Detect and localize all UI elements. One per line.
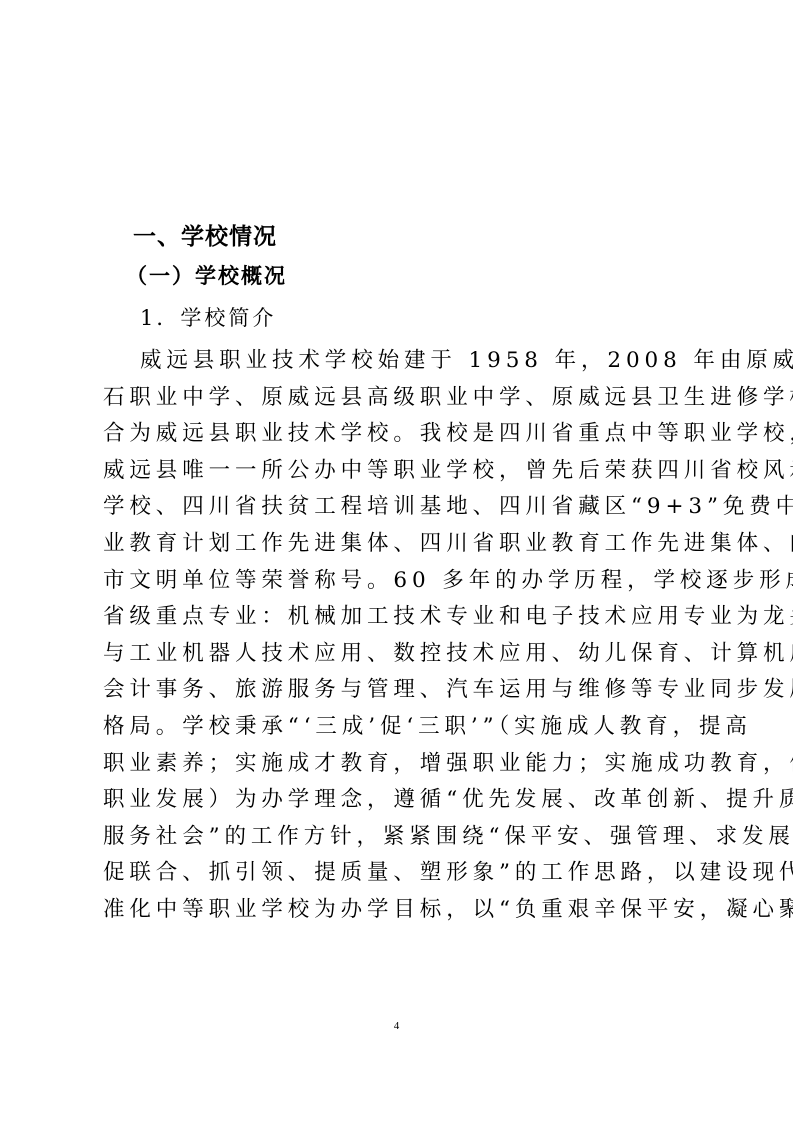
paragraph-line: 与工业机器人技术应用、数控技术应用、幼儿保育、计算机应用、 <box>103 636 695 673</box>
paragraph-line: 准化中等职业学校为办学目标，以“负重艰辛保平安，凝心聚力 <box>103 892 695 929</box>
paragraph-line: 威远县唯一一所公办中等职业学校，曾先后荣获四川省校风示范 <box>103 453 695 490</box>
paragraph-line: 市文明单位等荣誉称号。60 多年的办学历程，学校逐步形成了以 <box>103 563 695 600</box>
paragraph-line: 职业发展）为办学理念，遵循“优先发展、改革创新、提升质量、 <box>103 782 695 819</box>
paragraph-line: 业教育计划工作先进集体、四川省职业教育工作先进集体、内江 <box>103 526 695 563</box>
paragraph-line: 促联合、抓引领、提质量、塑形象”的工作思路，以建设现代标 <box>103 855 695 892</box>
document-page: 一、学校情况 （一）学校概况 1．学校简介 威远县职业技术学校始建于 1958 … <box>0 0 793 1122</box>
paragraph-line: 服务社会”的工作方针，紧紧围绕“保平安、强管理、求发展、 <box>103 819 695 856</box>
section-heading: 一、学校情况 <box>133 218 277 251</box>
paragraph-line: 会计事务、旅游服务与管理、汽车运用与维修等专业同步发展的 <box>103 672 695 709</box>
paragraph-line: 学校、四川省扶贫工程培训基地、四川省藏区“9+3”免费中等职 <box>103 489 695 526</box>
page-number: 4 <box>0 1020 793 1032</box>
school-intro-paragraph: 威远县职业技术学校始建于 1958 年，2008 年由原威远县高 石职业中学、原… <box>103 343 695 929</box>
subsubsection-heading: 1．学校简介 <box>140 302 276 332</box>
paragraph-line: 石职业中学、原威远县高级职业中学、原威远县卫生进修学校整 <box>103 380 695 417</box>
paragraph-line: 合为威远县职业技术学校。我校是四川省重点中等职业学校，是 <box>103 416 695 453</box>
subsection-heading: （一）学校概况 <box>126 260 287 290</box>
paragraph-line: 威远县职业技术学校始建于 1958 年，2008 年由原威远县高 <box>103 343 695 380</box>
paragraph-line: 职业素养；实施成才教育，增强职业能力；实施成功教育，促进 <box>103 746 695 783</box>
paragraph-line: 省级重点专业：机械加工技术专业和电子技术应用专业为龙头， <box>103 599 695 636</box>
paragraph-line: 格局。学校秉承“‘三成’促‘三职’”（实施成人教育，提高 <box>103 709 695 746</box>
